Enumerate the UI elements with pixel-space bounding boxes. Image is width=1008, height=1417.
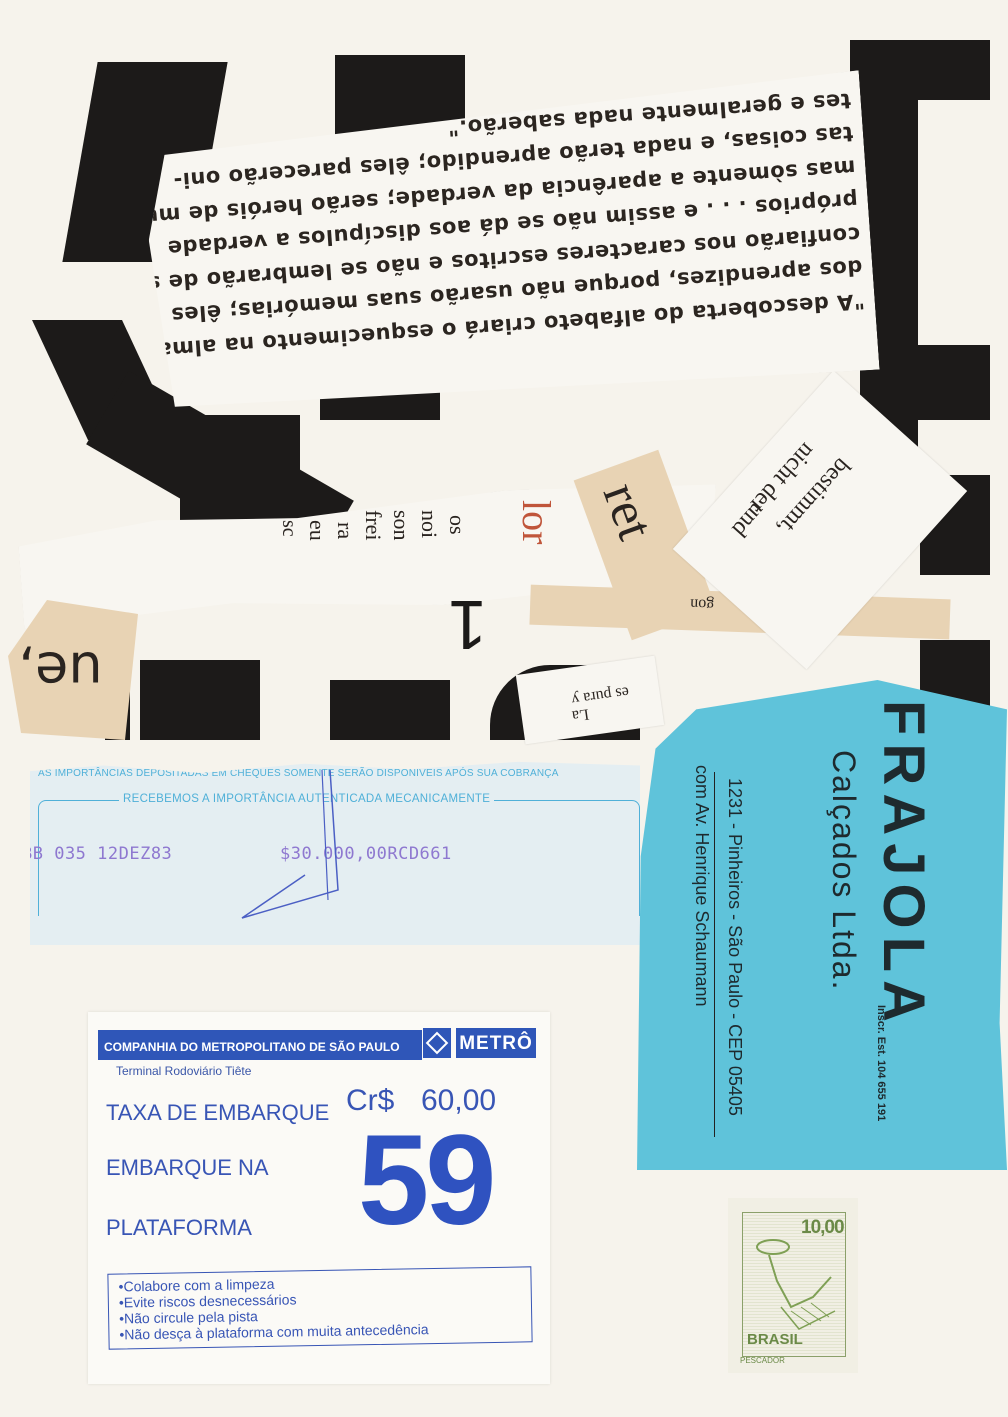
letter-fragment (330, 680, 450, 740)
stamp-caption: PESCADOR (740, 1356, 785, 1365)
quote-clipping: "A descoberta do alfabeto criará o esque… (140, 70, 879, 419)
fisherman-with-net-icon (751, 1237, 839, 1333)
newspaper-clipping: 1 (448, 585, 487, 665)
platform-number: 59 (358, 1117, 492, 1245)
newspaper-clipping: noi (416, 510, 442, 538)
platform-label: PLATAFORMA (106, 1215, 252, 1241)
pen-signature (230, 770, 350, 920)
stamp-country: BRASIL (747, 1331, 803, 1348)
metro-logo-icon (423, 1028, 451, 1058)
ticket-company: COMPANHIA DO METROPOLITANO DE SÃO PAULO (98, 1030, 422, 1060)
newspaper-clipping: son (388, 510, 414, 541)
newspaper-clipping: lor (513, 500, 560, 544)
handwritten-note: 000 (390, 742, 424, 763)
letter-fragment (870, 345, 990, 420)
ticket-rules: •Colabore com a limpeza •Evite riscos de… (107, 1266, 532, 1349)
business-card: FRAJOLA Calçados Ltda. 1231 - Pinheiros … (637, 680, 1007, 1170)
card-subtitle: Calçados Ltda. (825, 750, 862, 991)
fee-label: TAXA DE EMBARQUE (106, 1100, 329, 1126)
stamp-value: 10,00 (801, 1217, 844, 1239)
card-brand: FRAJOLA (870, 700, 937, 1030)
card-address: 1231 - Pinheiros - São Paulo - CEP 05405 (724, 778, 745, 1116)
newspaper-clipping: La (571, 704, 590, 724)
letter-fragment (140, 660, 260, 740)
divider (714, 772, 715, 1137)
newspaper-clipping: frei (360, 510, 386, 541)
boarding-label: EMBARQUE NA (106, 1155, 269, 1181)
metro-brand: METRÔ (456, 1028, 536, 1058)
card-registration: Inscr. Est. 104 655 191 (875, 1005, 887, 1121)
letter-fragment (180, 415, 300, 525)
collage-artwork: sc eu ra frei son noi os 1 ue, ret pan g… (0, 0, 1008, 1417)
bank-deposit-slip: AS IMPORTÂNCIAS DEPOSITADAS EM CHEQUES S… (30, 760, 640, 945)
newspaper-clipping: os (444, 515, 470, 535)
newspaper-clipping: ra (332, 522, 358, 539)
card-address-2: com Av. Henrique Schaumann (691, 765, 712, 1006)
newspaper-clipping: eu (304, 520, 330, 541)
postage-stamp: 10,00 BRASIL PESCADOR (728, 1198, 858, 1373)
newspaper-clipping: sc (277, 520, 300, 537)
stamp-code: BB 035 12DEZ83 (22, 844, 172, 864)
ticket-terminal: Terminal Rodoviário Tiête (116, 1064, 251, 1078)
metro-ticket: COMPANHIA DO METROPOLITANO DE SÃO PAULO … (88, 1012, 550, 1384)
